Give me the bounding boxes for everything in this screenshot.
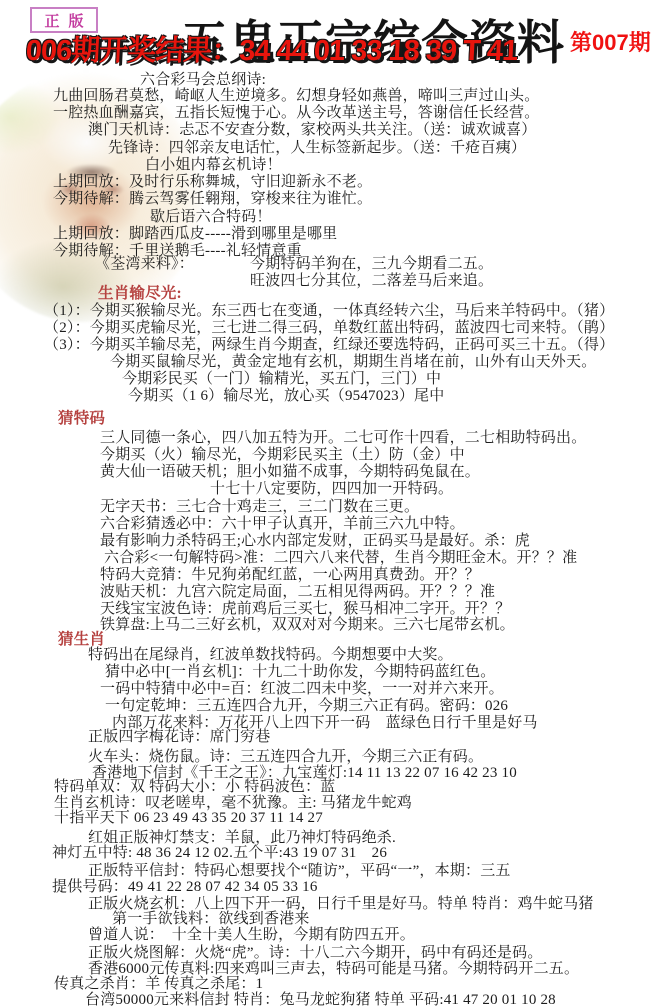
text-line: 十七十八定要防，四四加一开特码。 [210,481,453,498]
text-line: 上期回放：脚踏西瓜皮-----滑到哪里是哪里 [53,226,337,243]
text-line: 特码出在尾绿肖，红波单数找特码。今期想要中大奖。 [88,647,453,664]
text-line: 特码大竞猜：牛兄狗弟配红蓝，一心两用真费劲。开？？ [100,567,480,584]
text-line: 黄大仙一语破天机；胆小如猫不成事，今期特码兔鼠在。 [100,464,480,481]
text-line: 第一手欲钱料：欲线到香港来 [112,911,310,928]
text-line: 今期特码羊狗在，三九今期看二五。 [250,256,493,273]
text-line: 正版火烧图解：火烧“虎”。诗：十八二六今期开，码中有码还是码。 [88,945,543,962]
text-line: 一腔热血酬嘉宾，五指长短愧于心。从今改革送主号，答谢信任长经营。 [53,105,539,122]
text-line: 今期买（火）输尽光，今期彩民买主（土）防（金）中 [100,447,465,464]
section-header: 生肖输尽光: [98,285,182,302]
text-line: （2）：今期买虎输尽光，三七进二得三码，单数红蓝出特码，蓝波四七司来特。（鹃） [44,320,614,337]
text-line: 六合彩马会总纲诗: [140,72,266,89]
text-line: 先锋诗：四邻亲友电话忙，人生标签新起步。（送：千疮百痍） [108,140,526,157]
text-line: 今期彩民买（一门）输精光，买五门，三门）中 [122,371,441,388]
text-line: 最有影响力杀特码王;心水内部定发财，正码买马是最好。杀：虎 [100,533,530,550]
text-line: 上期回放：及时行乐称舞城，守旧迎新永不老。 [53,174,372,191]
text-line: 三人同德一条心，四八加五特为开。二七可作十四看，二七相助特码出。 [100,430,586,447]
text-line: （3）：今期买羊输尽芜，两绿生肖今期查，红绿还要选特码，正码可买三十五。（得） [44,337,614,354]
text-line: 正版特平信封：特码心想要找个“随访”，平码“一”，本期：三五 [88,863,511,880]
text-line: 传真之杀肖：羊 传真之杀尾：1 [54,976,263,993]
issue-number: 第007期 [570,26,651,57]
text-line: 六合彩猜透必中：六十甲子认真开，羊前三六九中特。 [100,516,465,533]
text-line: 无字天书：三七合十鸡走三，三二门数在三更。 [100,499,419,516]
text-line: 六合彩<一句解特码>准：二四六八来代替，生肖今期旺金木。开？？准 [104,550,577,567]
text-line: 九曲回肠君莫愁，崎岖人生逆境多。幻想身轻如燕兽，啼叫三声过山头。 [53,88,539,105]
draw-result-banner: 006期开奖结果：34 44 01 33 18 39 T 41 [25,28,518,69]
text-line: 一句定乾坤：三五连四合九开，今期三六正有码。密码：026 [105,698,508,715]
text-line: 提供号码：49 41 22 28 07 42 34 05 33 16 [52,879,318,896]
text-line: 神灯五中特: 48 36 24 12 02.五个平:43 19 07 31 26 [52,845,387,862]
text-line: （1）：今期买猴输尽光。东三西七在变通，一体真经转六尘，马后来羊特码中。（猪） [44,303,614,320]
text-line: 今期待解：腾云驾雾任翱翔，穿梭来往为谁忙。 [53,191,372,208]
text-line: 《荃湾来料》： [95,256,194,273]
text-line: 台湾50000元来料信封 特肖：兔马龙蛇狗猪 特单 平码:41 47 20 01… [85,992,556,1008]
text-line: 今期买鼠输尽光，黄金定地有玄机，期期生肖堵在前，山外有山天外天。 [110,354,596,371]
text-line: 猜中必中[一肖玄机]：十九二十助你发，今期特码蓝红色。 [105,664,495,681]
text-line: 正版四字梅花诗：席门穷巷 [88,729,270,746]
section-header: 猜特码 [58,410,105,427]
text-line: 十指平天下 06 23 49 43 35 20 37 11 14 27 [54,810,323,827]
text-line: 旺波四七分其位，二落差马后来追。 [250,273,493,290]
text-line: 曾道人说： 十全十美人生盼，今期有防四五开。 [88,927,415,944]
text-line: 一码中特猜中必中=百：红波二四未中奖，一一对并六来开。 [100,681,504,698]
text-line: 波贴天机：九宫六院定局面，二五相见得两码。开？？？准 [100,584,495,601]
text-line: 歇后语六合特码！ [150,209,272,226]
content-lines: 六合彩马会总纲诗:九曲回肠君莫愁，崎岖人生逆境多。幻想身轻如燕兽，啼叫三声过山头… [0,0,656,1008]
lottery-info-sheet: 正版 五鬼正宗综合资料 第007期 006期开奖结果：34 44 01 33 1… [0,0,656,1008]
text-line: 火车头：烧伤鼠。诗：三五连四合九开，今期三六正有码。 [88,749,483,766]
text-line: 白小姐内幕玄机诗！ [145,157,282,174]
text-line: 今期买（1 6）输尽光，放心买（9547023）尾中 [128,388,444,405]
text-line: 天线宝宝波色诗：虎前鸡后三买七，猴马相冲二字开。开？？ [100,601,510,618]
text-line: 铁算盘:上马二三好玄机，双双对对今期来。三六七尾带玄机。 [100,617,515,634]
text-line: 澳门天机诗：忐忑不安查分数，家校两头共关注。（送：诚欢诚喜） [88,122,537,139]
text-line: 特码单双：双 特码大小：小 特码波色：蓝 [54,779,336,796]
section-header: 猜生肖 [58,631,105,648]
